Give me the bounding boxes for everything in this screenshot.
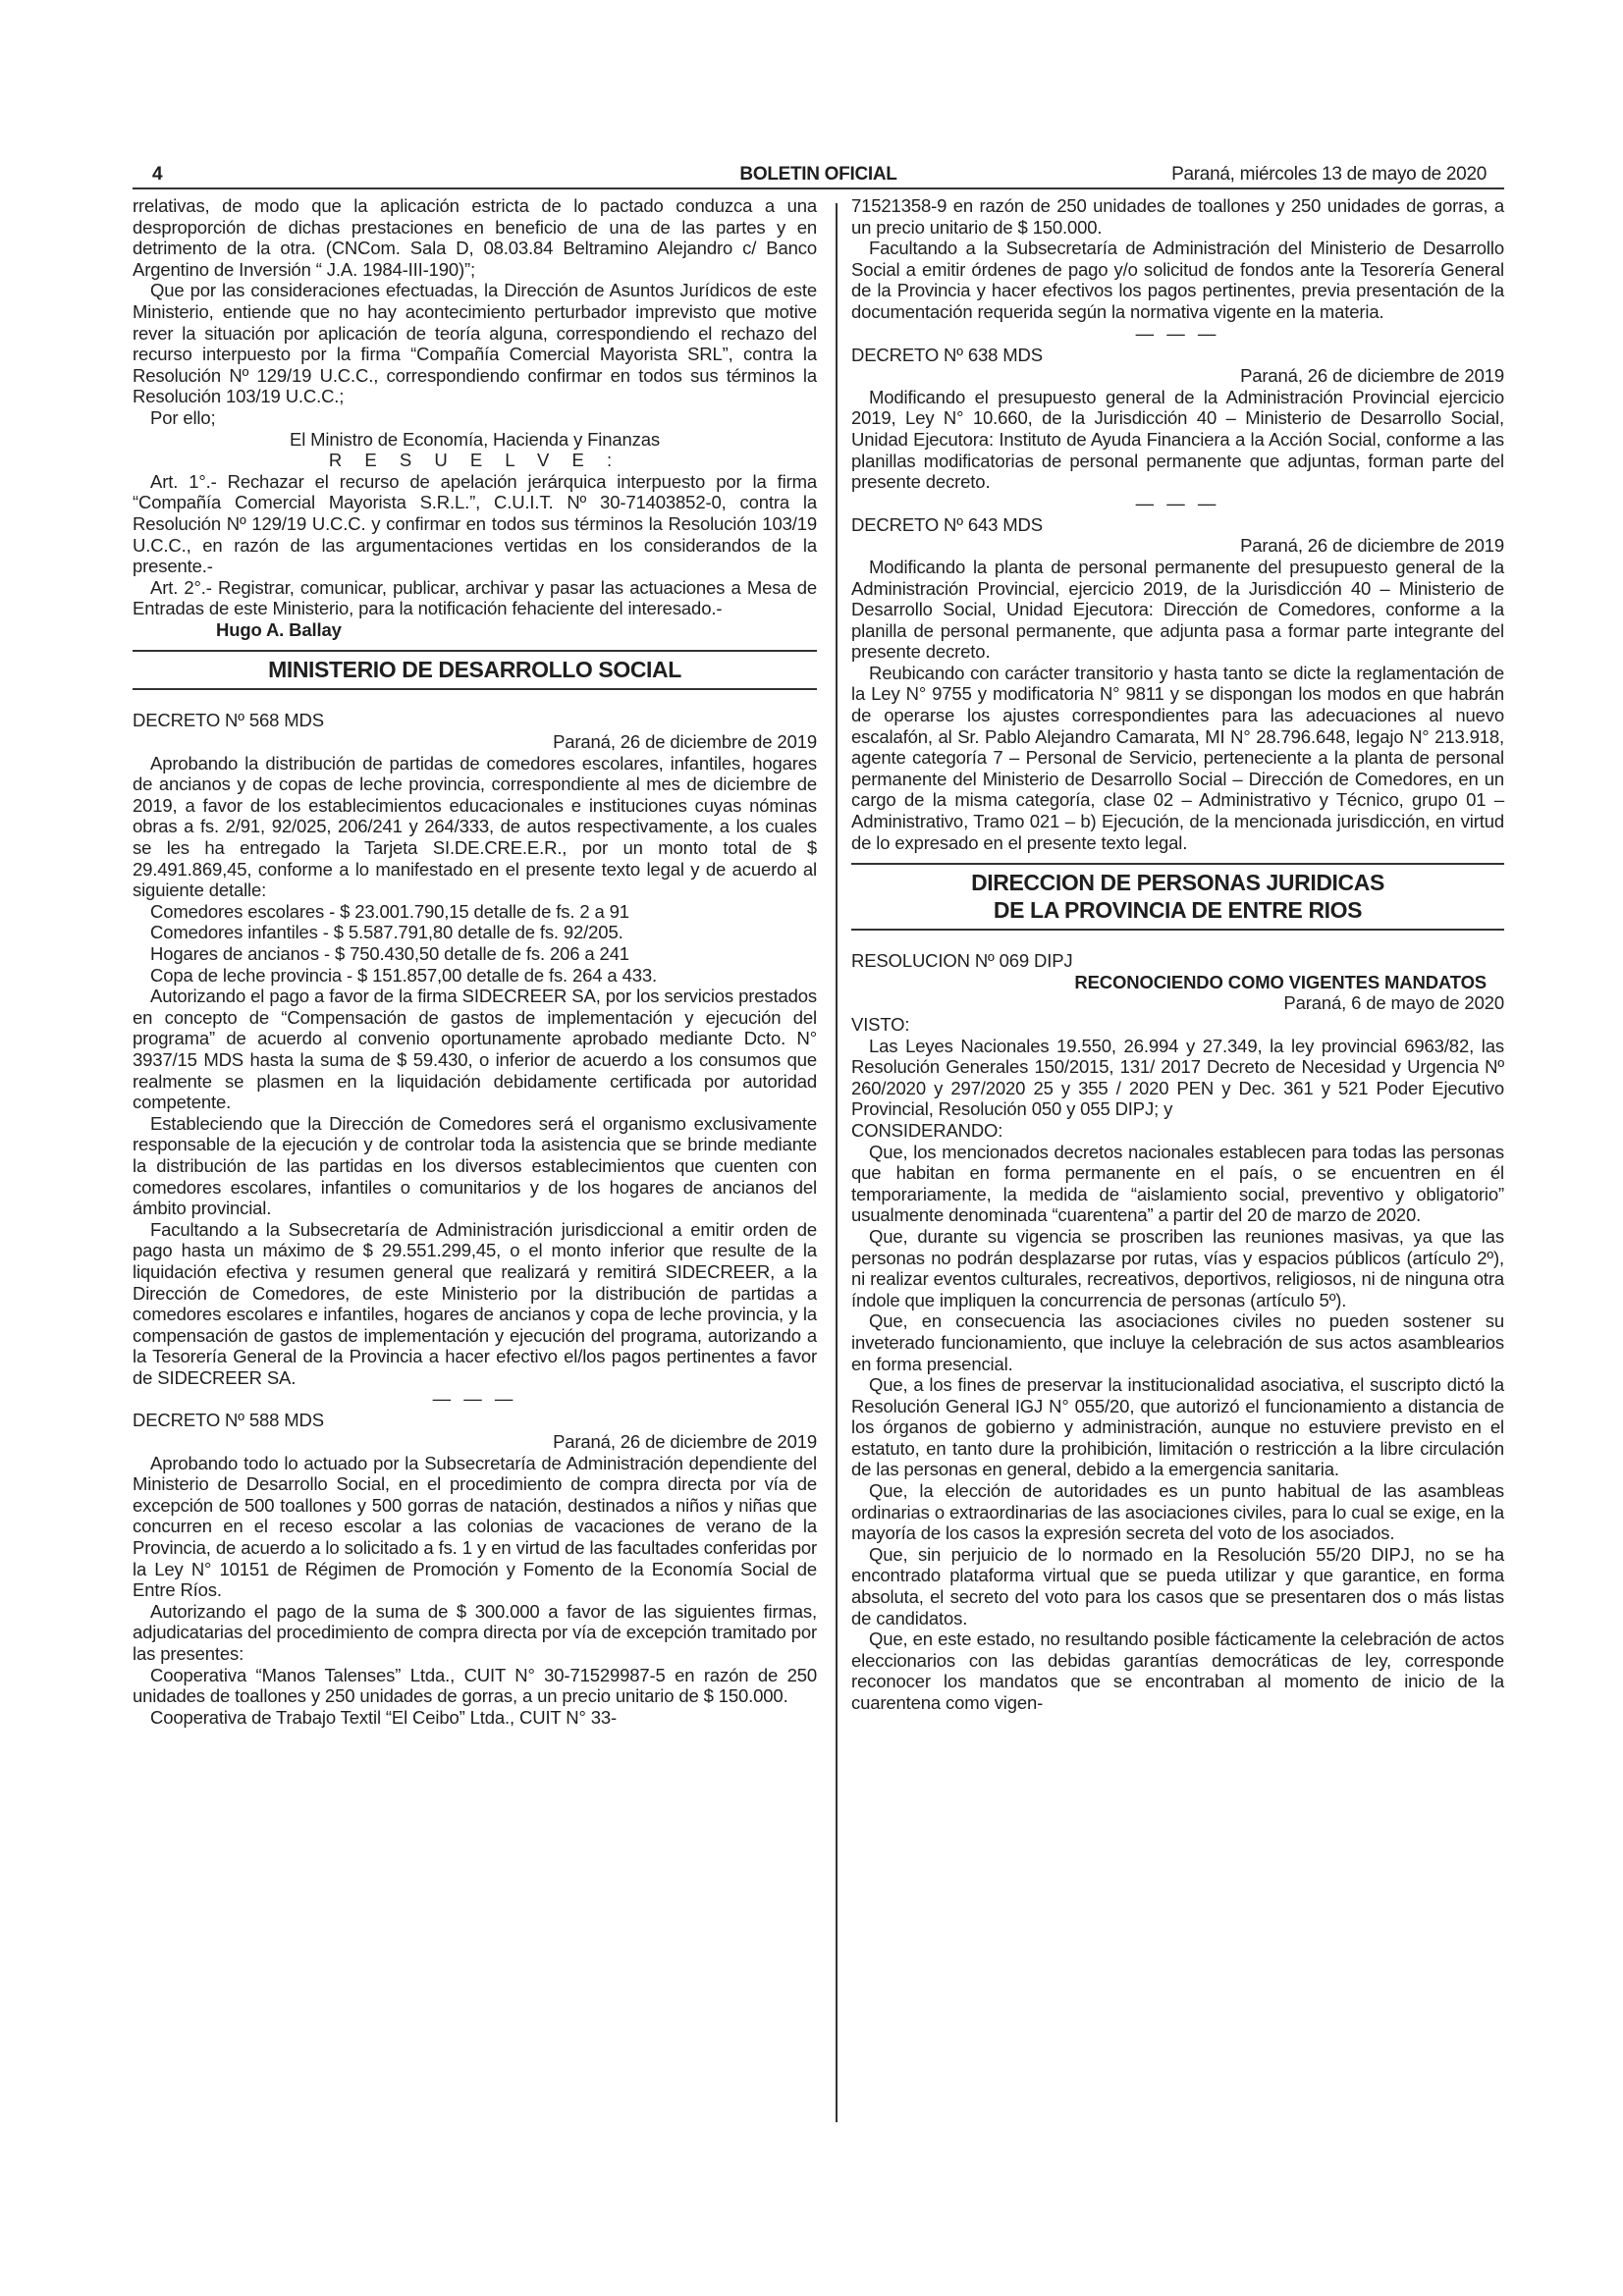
paragraph: Aprobando la distribución de partidas de… — [133, 753, 817, 901]
section-title-line-1: DIRECCION DE PERSONAS JURIDICAS — [851, 869, 1504, 896]
paragraph: Facultando a la Subsecretaría de Adminis… — [133, 1219, 817, 1389]
paragraph: Aprobando todo lo actuado por la Subsecr… — [133, 1453, 817, 1601]
right-column: 71521358-9 en razón de 250 unidades de t… — [851, 195, 1504, 1714]
paragraph: Autorizando el pago de la suma de $ 300.… — [133, 1601, 817, 1665]
paragraph: Estableciendo que la Dirección de Comedo… — [133, 1113, 817, 1219]
column-divider — [836, 203, 838, 2122]
paragraph: Que, en consecuencia las asociaciones ci… — [851, 1310, 1504, 1374]
signature: Hugo A. Ballay — [133, 619, 817, 641]
resolution-date: Paraná, 6 de mayo de 2020 — [851, 992, 1504, 1014]
decree-date: Paraná, 26 de diciembre de 2019 — [133, 731, 817, 753]
resolution-subtitle: RECONOCIENDO COMO VIGENTES MANDATOS — [851, 972, 1504, 993]
separator: — — — — [851, 323, 1504, 345]
decree-date: Paraná, 26 de diciembre de 2019 — [851, 365, 1504, 387]
paragraph: Facultando a la Subsecretaría de Adminis… — [851, 238, 1504, 322]
minister-title: El Ministro de Economía, Hacienda y Fina… — [133, 429, 817, 451]
list-item: Hogares de ancianos - $ 750.430,50 detal… — [133, 943, 817, 965]
gazette-page: 4 BOLETIN OFICIAL Paraná, miércoles 13 d… — [133, 162, 1504, 195]
paragraph: Modificando la planta de personal perman… — [851, 557, 1504, 663]
continued-paragraph: rrelativas, de modo que la aplicación es… — [133, 195, 817, 280]
decree-date: Paraná, 26 de diciembre de 2019 — [133, 1431, 817, 1453]
section-heading-desarrollo-social: MINISTERIO DE DESARROLLO SOCIAL — [133, 650, 817, 690]
decree-heading: DECRETO Nº 588 MDS — [133, 1410, 817, 1431]
por-ello: Por ello; — [133, 407, 817, 429]
paragraph: Que, en este estado, no resultando posib… — [851, 1629, 1504, 1713]
left-column: rrelativas, de modo que la aplicación es… — [133, 195, 817, 1728]
decree-heading: DECRETO Nº 568 MDS — [133, 710, 817, 731]
detail-list: Comedores escolares - $ 23.001.790,15 de… — [133, 901, 817, 986]
paragraph: Que, a los fines de preservar la institu… — [851, 1374, 1504, 1480]
decree-heading: DECRETO Nº 643 MDS — [851, 514, 1504, 536]
article-1: Art. 1°.- Rechazar el recurso de apelaci… — [133, 471, 817, 577]
resuelve-heading: R E S U E L V E : — [133, 450, 817, 471]
resolution-heading: RESOLUCION Nº 069 DIPJ — [851, 950, 1504, 972]
paragraph: Que, los mencionados decretos nacionales… — [851, 1142, 1504, 1226]
issue-date: Paraná, miércoles 13 de mayo de 2020 — [1171, 162, 1487, 187]
separator: — — — — [851, 493, 1504, 514]
paragraph: Cooperativa de Trabajo Textil “El Ceibo”… — [133, 1707, 817, 1729]
paragraph: Que, durante su vigencia se proscriben l… — [851, 1226, 1504, 1310]
paragraph: Que, sin perjuicio de lo normado en la R… — [851, 1544, 1504, 1629]
paragraph: Que, la elección de autoridades es un pu… — [851, 1480, 1504, 1544]
continued-paragraph: 71521358-9 en razón de 250 unidades de t… — [851, 195, 1504, 238]
paragraph: Modificando el presupuesto general de la… — [851, 387, 1504, 493]
paragraph: Reubicando con carácter transitorio y ha… — [851, 663, 1504, 853]
article-2: Art. 2°.- Registrar, comunicar, publicar… — [133, 577, 817, 619]
paragraph: Que por las consideraciones efectuadas, … — [133, 280, 817, 407]
considerando-label: CONSIDERANDO: — [851, 1120, 1504, 1142]
paragraph: Autorizando el pago a favor de la firma … — [133, 986, 817, 1113]
section-title-line-2: DE LA PROVINCIA DE ENTRE RIOS — [851, 896, 1504, 924]
list-item: Comedores escolares - $ 23.001.790,15 de… — [133, 901, 817, 923]
separator: — — — — [133, 1388, 817, 1410]
list-item: Comedores infantiles - $ 5.587.791,80 de… — [133, 922, 817, 943]
paragraph: Cooperativa “Manos Talenses” Ltda., CUIT… — [133, 1665, 817, 1707]
page-header: 4 BOLETIN OFICIAL Paraná, miércoles 13 d… — [133, 162, 1504, 189]
visto-label: VISTO: — [851, 1014, 1504, 1036]
paragraph: Las Leyes Nacionales 19.550, 26.994 y 27… — [851, 1036, 1504, 1120]
decree-date: Paraná, 26 de diciembre de 2019 — [851, 535, 1504, 557]
list-item: Copa de leche provincia - $ 151.857,00 d… — [133, 965, 817, 987]
decree-heading: DECRETO Nº 638 MDS — [851, 345, 1504, 366]
section-heading-personas-juridicas: DIRECCION DE PERSONAS JURIDICAS DE LA PR… — [851, 863, 1504, 931]
